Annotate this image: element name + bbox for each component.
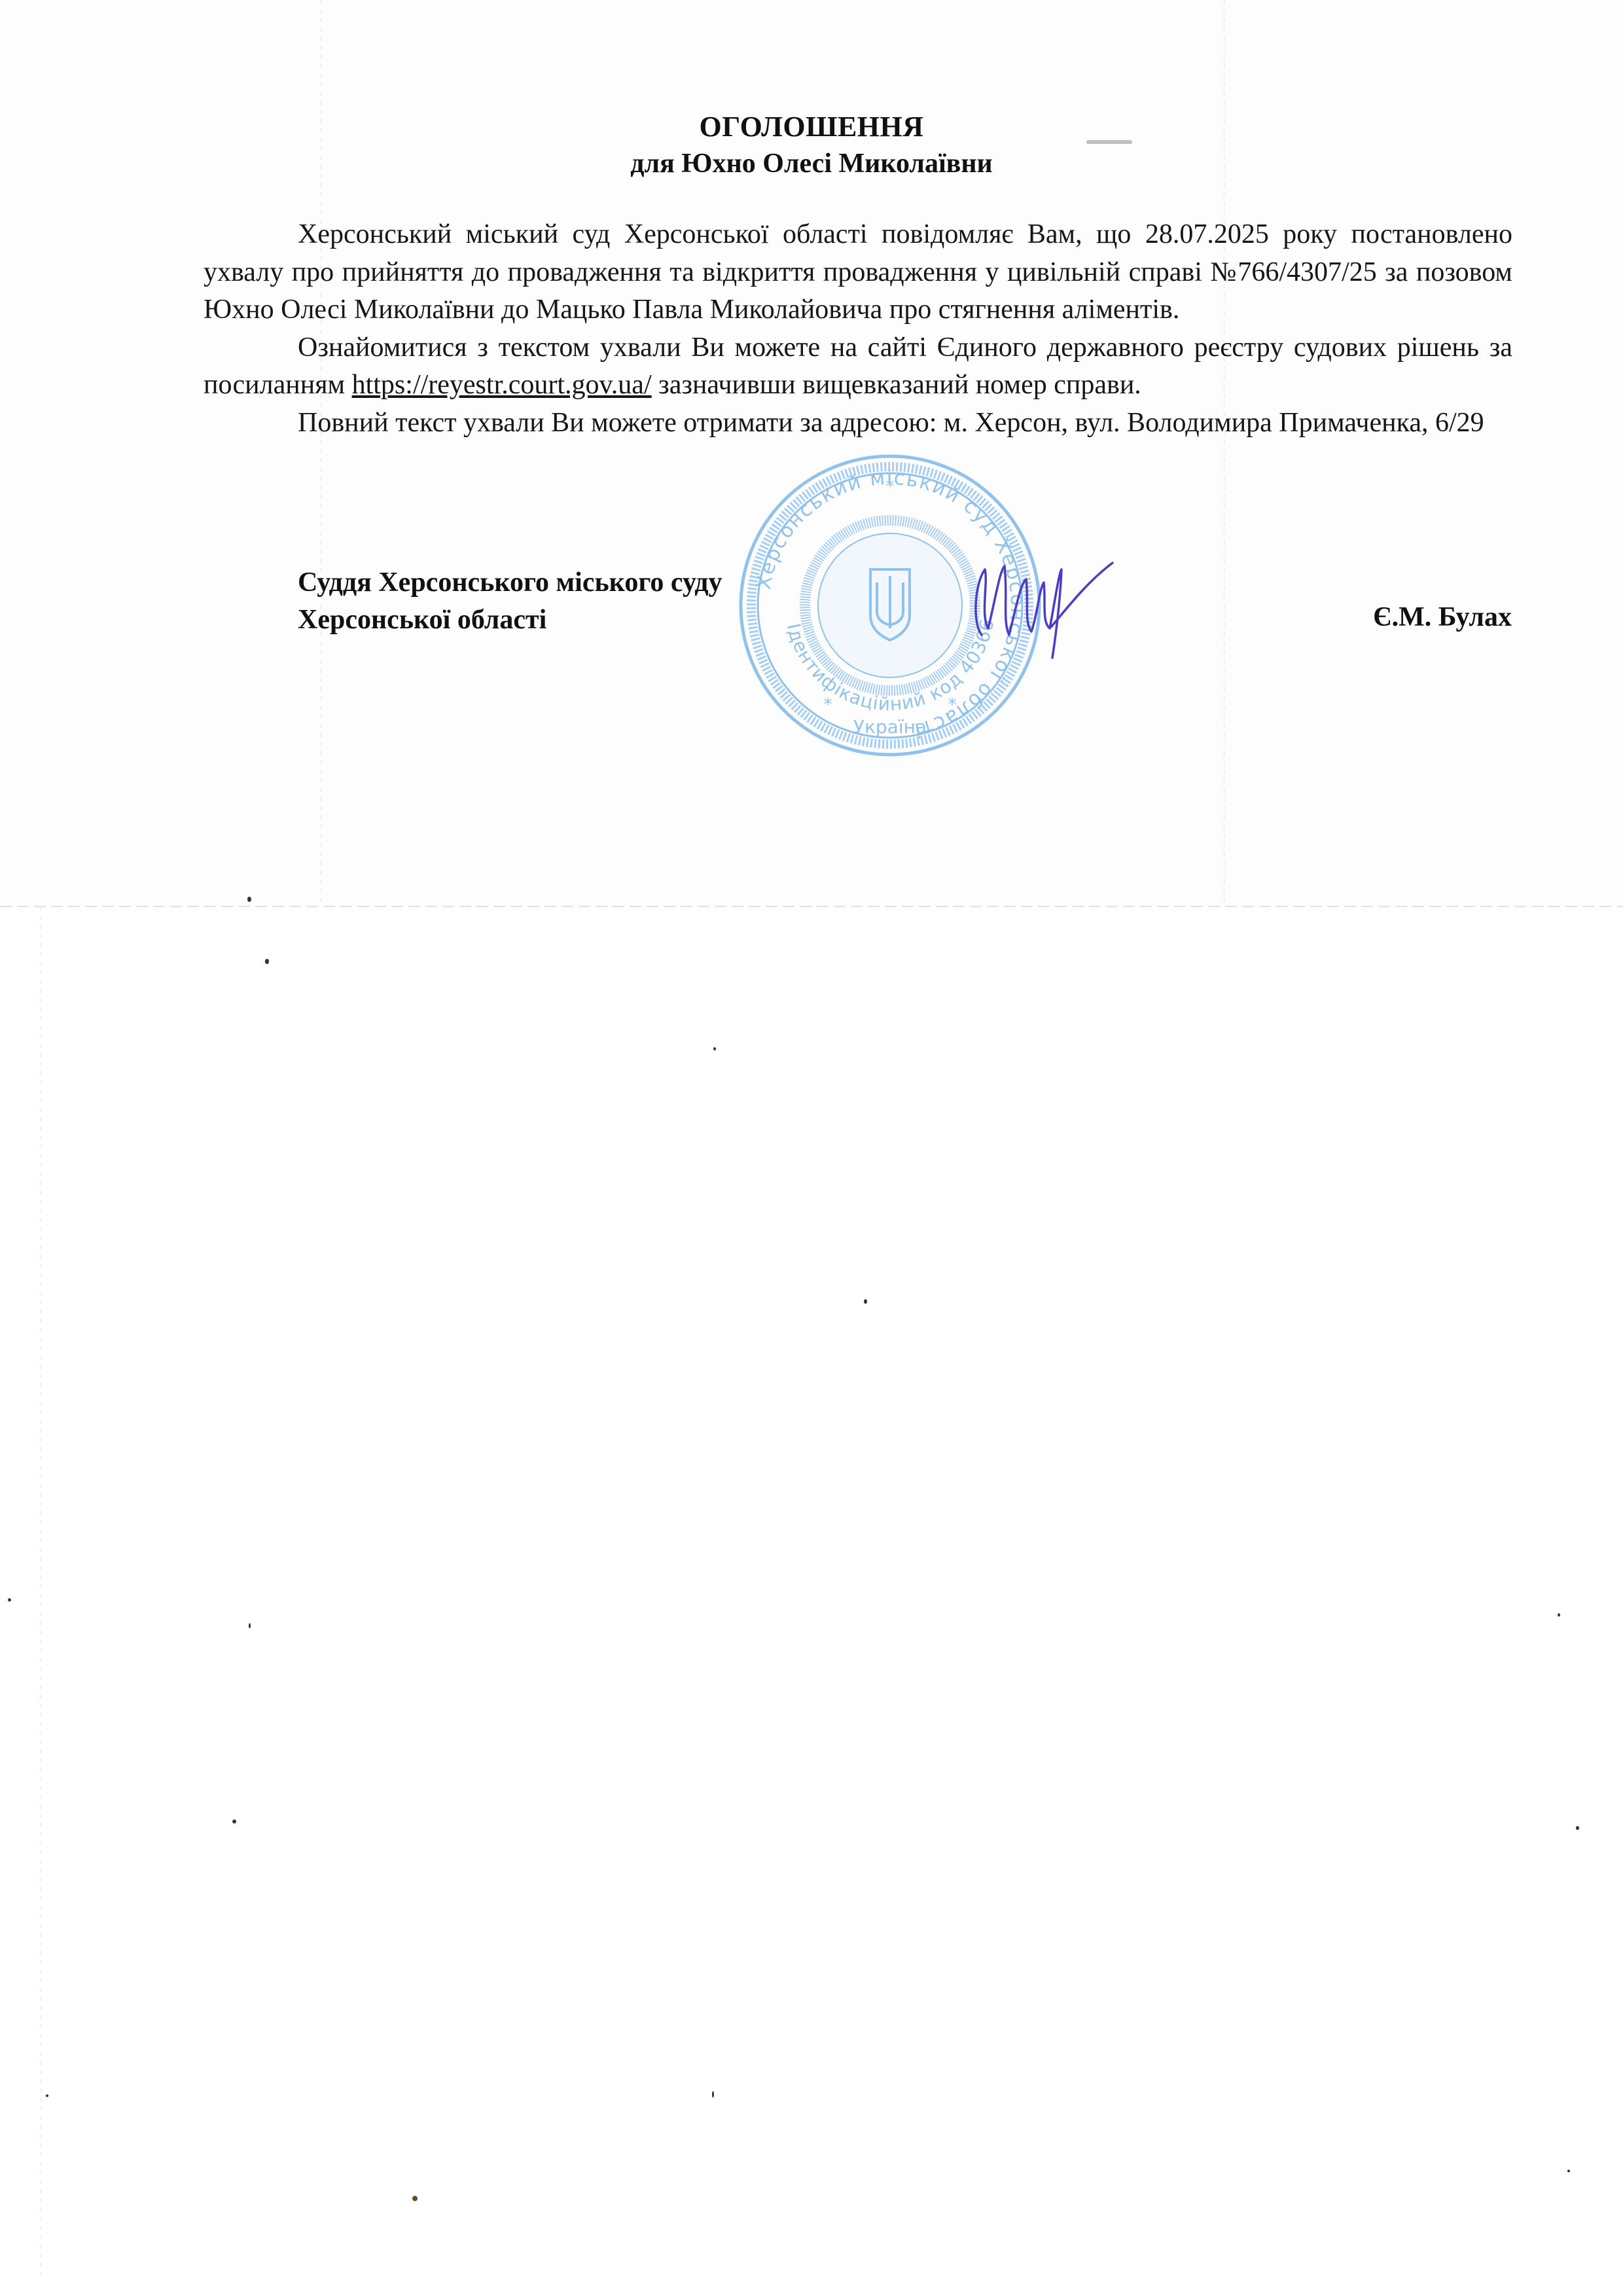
paragraph-text: Херсонський міський суд Херсонської обла… [204,219,1512,325]
scan-speck [265,959,269,964]
scan-speck [249,1623,251,1628]
scan-speck [1558,1613,1560,1617]
announcement-recipient: для Юхно Олесі Миколаївни [0,148,1623,179]
paragraph-text: Повний текст ухвали Ви можете отримати з… [298,408,1484,438]
svg-text:*: * [824,695,832,715]
handwritten-signature-icon [969,543,1119,661]
judge-title-line1: Суддя Херсонського міського суду [298,564,722,601]
paragraph-text: зазначивши вищевказаний номер справи. [652,370,1141,400]
scan-artifact-line [41,906,41,2281]
scan-speck [864,1299,867,1304]
judge-title-line2: Херсонської області [298,601,722,639]
scanned-page: ОГОЛОШЕННЯ для Юхно Олесі Миколаївни Хер… [0,0,1623,2296]
announcement-title: ОГОЛОШЕННЯ [0,110,1623,143]
svg-text:*: * [886,477,895,497]
paragraph-registry-info: Ознайомитися з текстом ухвали Ви можете … [204,329,1512,404]
scan-speck [713,1047,716,1050]
paragraph-ruling-notice: Херсонський міський суд Херсонської обла… [204,216,1512,329]
svg-text:Україна: Україна [853,716,927,738]
scan-fold-line [0,906,1623,907]
scan-speck [412,2196,418,2201]
paragraph-address: Повний текст ухвали Ви можете отримати з… [204,404,1512,442]
announcement-body: Херсонський міський суд Херсонської обла… [204,216,1512,442]
judge-title-block: Суддя Херсонського міського суду Херсонс… [298,564,722,639]
scan-speck [232,1820,236,1823]
scan-speck [712,2091,714,2098]
scan-speck [1567,2170,1570,2172]
scan-speck [247,897,251,902]
judge-name: Є.М. Булах [1373,601,1512,633]
scan-speck [8,1598,11,1602]
scan-speck [46,2094,48,2097]
registry-link[interactable]: https://reyestr.court.gov.ua/ [352,370,652,400]
svg-text:*: * [948,695,957,715]
scan-speck [1576,1826,1579,1830]
